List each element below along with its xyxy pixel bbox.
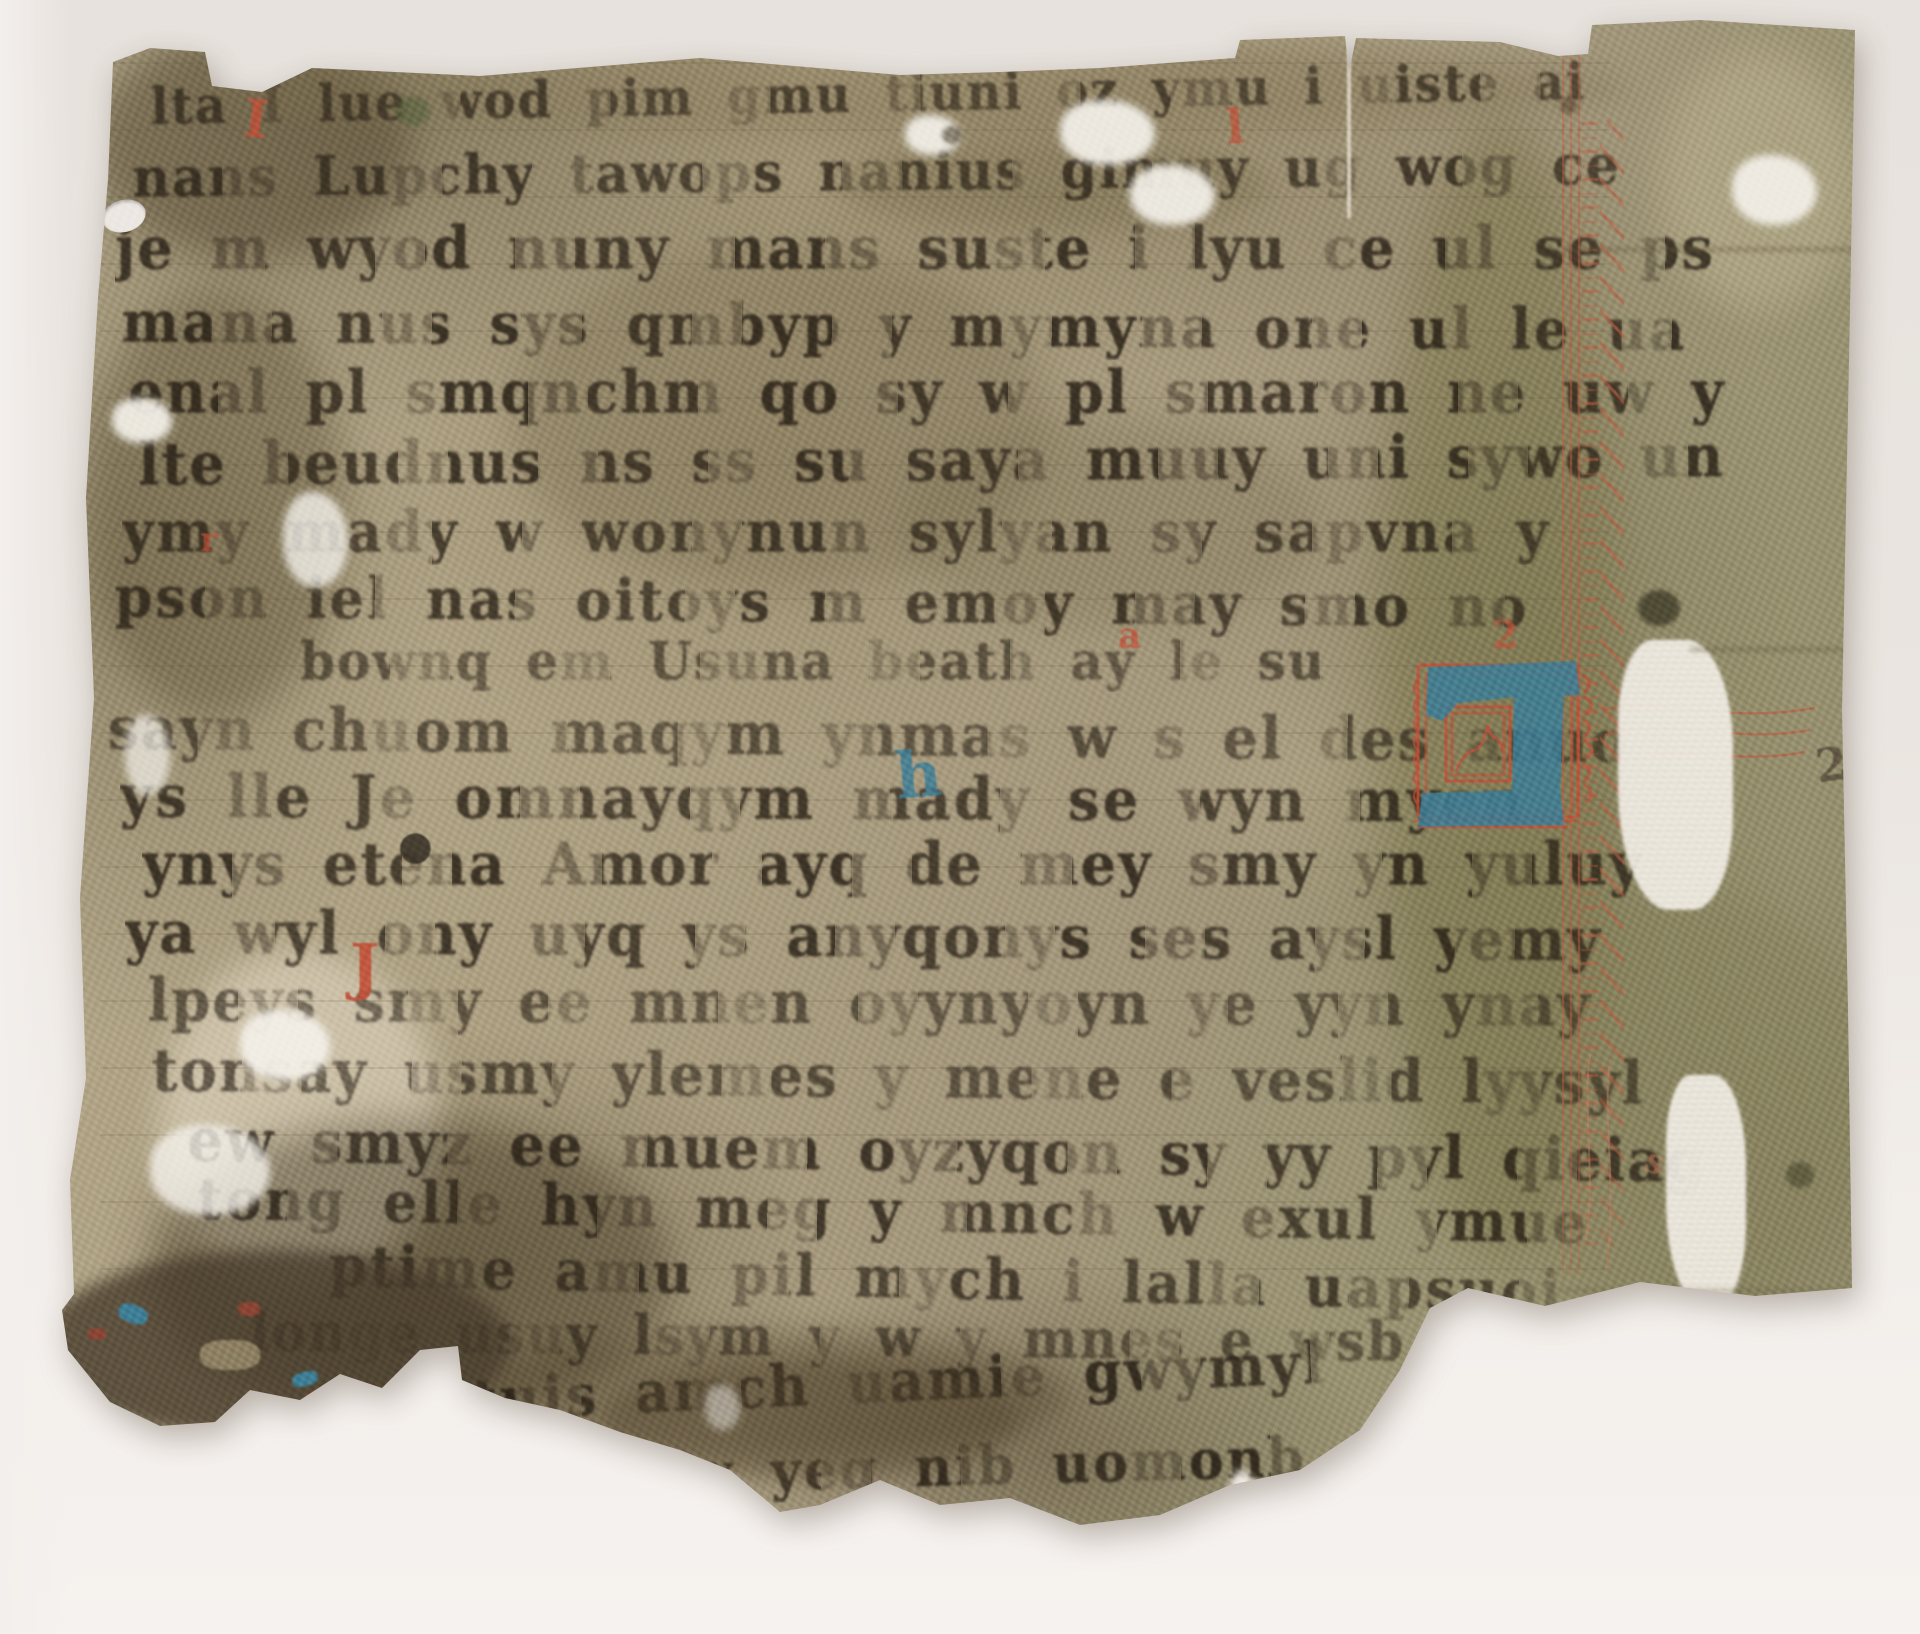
dark-spot [1560,98,1578,114]
abrasion-patch [283,492,348,587]
dark-spot [942,126,962,144]
crease-line [1562,247,1852,252]
rubric-stroke: l [1224,99,1246,156]
pigment-speck-red [88,1328,106,1340]
crease-line [1560,1288,1855,1293]
rubric-mark: a [1118,615,1141,657]
pigment-speck-red [238,1302,260,1316]
rubric-flourish [1580,1050,1640,1280]
photo-background: lta I lue wod pim gmu tiuni oz ymu i uis… [0,0,1920,1634]
dark-spot [1786,1162,1814,1188]
manuscript-photo: lta I lue wod pim gmu tiuni oz ymu i uis… [60,10,1860,1530]
abrasion-patch [112,398,172,443]
abrasion-patch [1060,100,1155,165]
text-line: tonsay usmy ylemes y mene e veslid lyysy… [151,1036,1645,1118]
pigment-speck-red [306,1392,326,1404]
parchment-chip [200,1340,260,1370]
tear-slit [1347,36,1351,218]
text-line: lta I lue wod pim gmu tiuni oz ymu i uis… [150,53,1587,137]
abrasion-patch [1230,1470,1255,1520]
crease-line [1690,647,1852,652]
torn-flap [600,1360,1020,1480]
abrasion-patch [125,715,170,795]
rubric-ruled-lines [1562,30,1580,1275]
text-line: nans Lupchy tawops nanius gimuy ug wog c… [132,133,1621,210]
abrasion-patch [1732,155,1817,225]
blue-paraph: h [892,736,945,815]
rubric-mark: r [200,520,218,560]
abrasion-patch [1618,640,1733,910]
text-line: mana nus sys qmbyp y mymyna one ul le ua [122,288,1688,363]
ink-blot: ● [398,822,433,869]
torn-flap [40,1250,510,1440]
text-line: ys lle Je omnayqym mady se wyn myen [120,762,1525,836]
text-line: ya wyl ony uyq ys anyqonys ses aysl yemy [125,898,1602,975]
abrasion-patch [240,1010,330,1080]
rubric-initial: J [350,930,379,1003]
text-line: je m wyod nuny mans suste i lyu ce ul se… [115,214,1715,283]
dark-spot [1638,590,1680,626]
abrasion-patch [1130,165,1215,225]
rubric-curl: 2 [1492,612,1518,657]
mold-spot [396,96,430,126]
text-line: enal pl smqnchm qo sy w pl smaron ne uw … [128,358,1726,427]
text-line: ynys etena Amor ayq de mey smy yn yuluy [142,830,1644,899]
text-line: lte beudnus ns ss su saya muuy uni sywo … [138,422,1725,500]
abrasion-patch [1666,1075,1746,1305]
abrasion-patch [150,1125,270,1215]
decorated-initial [1412,655,1617,833]
manuscript-fragment: lta I lue wod pim gmu tiuni oz ymu i uis… [60,10,1860,1530]
text-line: bownq em Usuna beath ay le su [300,630,1326,692]
